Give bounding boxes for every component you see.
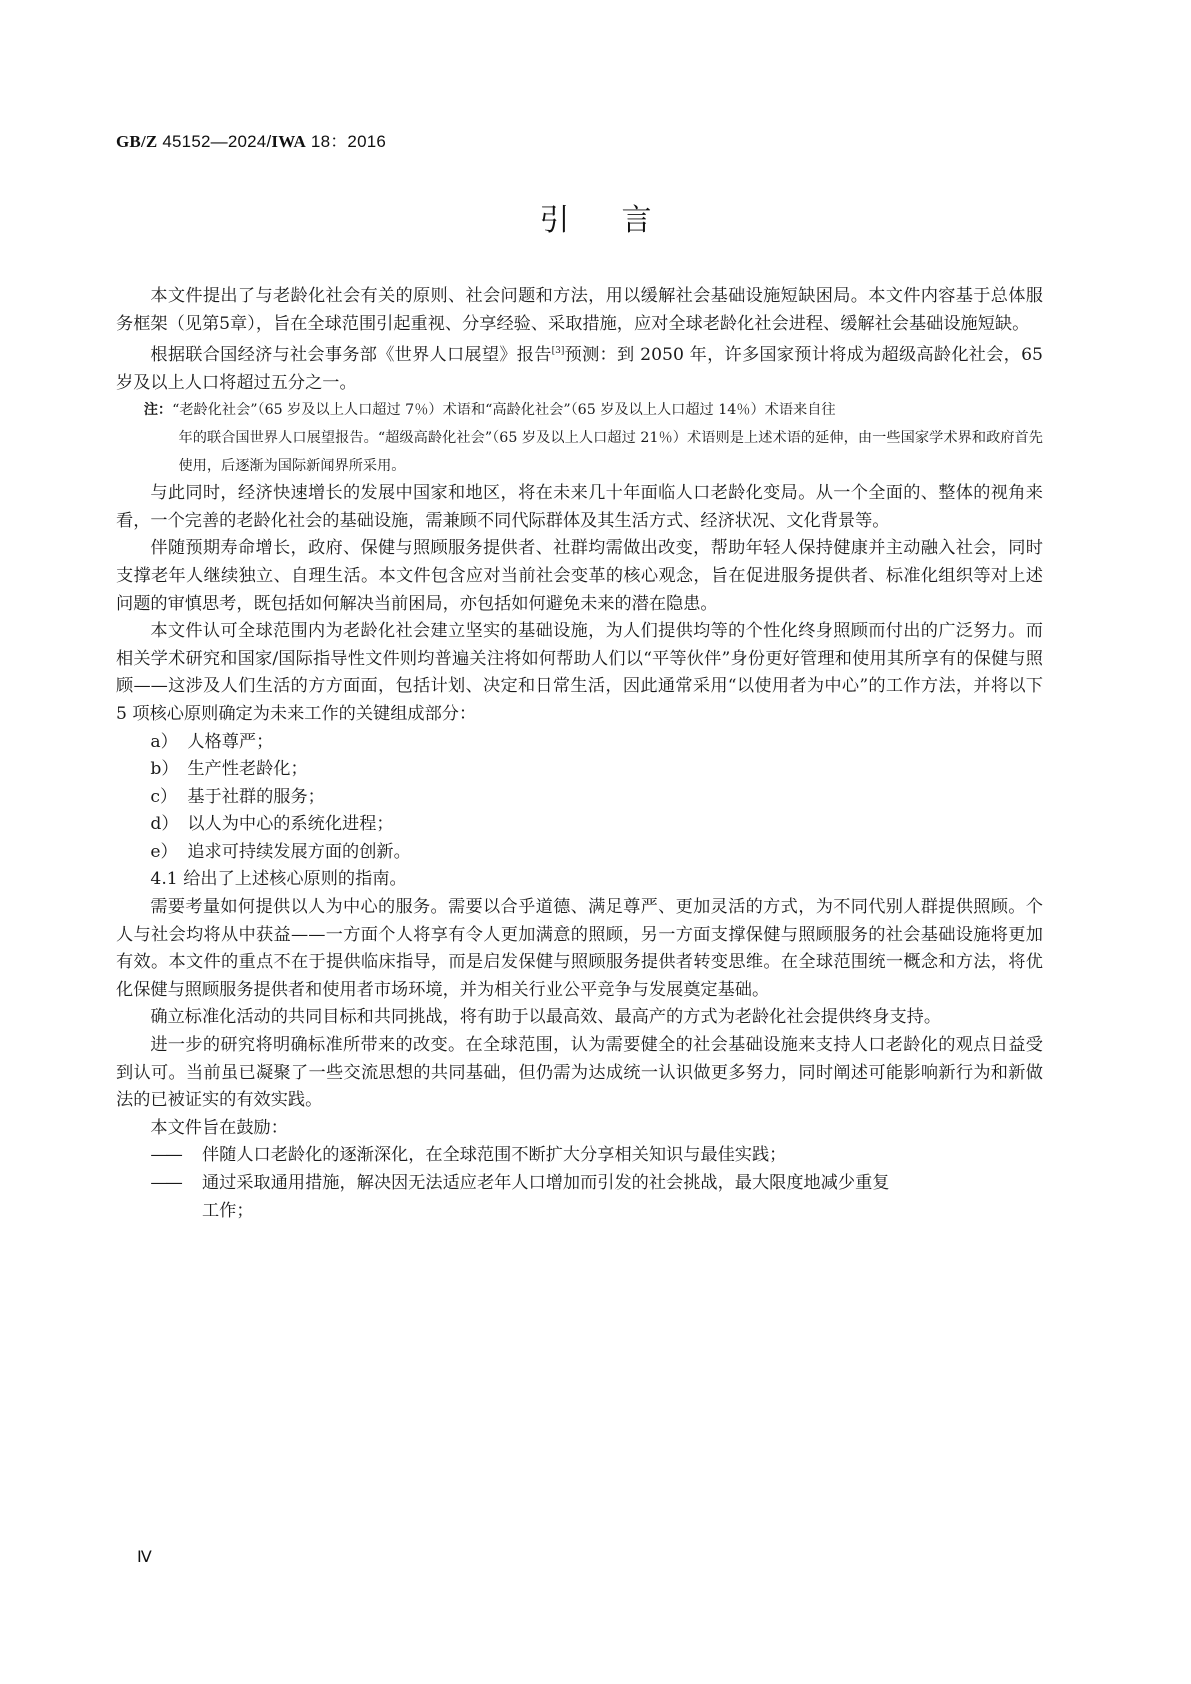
- dash-item: ——通过采取通用措施，解决因无法适应老年人口增加而引发的社会挑战，最大限度地减少…: [116, 1170, 1043, 1225]
- list-item: a）人格尊严；: [116, 729, 1043, 757]
- page-number: Ⅳ: [137, 1547, 152, 1567]
- iwa-number: 18：2016: [306, 132, 386, 151]
- dash-marker: ——: [150, 1170, 202, 1198]
- document-body: 本文件提出了与老龄化社会有关的原则、社会问题和方法，用以缓解社会基础设施短缺困局…: [116, 283, 1043, 1225]
- list-text: 基于社群的服务；: [187, 787, 325, 807]
- note-label: 注：: [144, 402, 172, 418]
- list-marker: b）: [150, 756, 187, 784]
- dash-text: 通过采取通用措施，解决因无法适应老年人口增加而引发的社会挑战，最大限度地减少重复: [202, 1173, 890, 1193]
- paragraph-5: 本文件认可全球范围内为老龄化社会建立坚实的基础设施，为人们提供均等的个性化终身照…: [116, 618, 1043, 728]
- principles-list: a）人格尊严； b）生产性老龄化； c）基于社群的服务； d）以人为中心的系统化…: [116, 729, 1043, 867]
- dash-text: 伴随人口老龄化的逐渐深化，在全球范围不断扩大分享相关知识与最佳实践；: [202, 1145, 786, 1165]
- list-text: 追求可持续发展方面的创新。: [187, 842, 410, 862]
- list-item: e）追求可持续发展方面的创新。: [116, 839, 1043, 867]
- list-item: b）生产性老龄化；: [116, 756, 1043, 784]
- reference-3: [3]: [552, 346, 565, 356]
- standard-number-header: GB/Z 45152—2024/IWA 18：2016: [116, 127, 386, 152]
- paragraph-7: 需要考量如何提供以人为中心的服务。需要以合乎道德、满足尊严、更加灵活的方式，为不…: [116, 894, 1043, 1004]
- encourage-list: ——伴随人口老龄化的逐渐深化，在全球范围不断扩大分享相关知识与最佳实践； ——通…: [116, 1142, 1043, 1225]
- std-number: 45152—2024/: [157, 132, 271, 151]
- paragraph-1: 本文件提出了与老龄化社会有关的原则、社会问题和方法，用以缓解社会基础设施短缺困局…: [116, 283, 1043, 338]
- note: 注：“老龄化社会”（65 岁及以上人口超过 7％）术语和“高龄化社会”（65 岁…: [116, 397, 1043, 480]
- paragraph-10: 本文件旨在鼓励：: [116, 1115, 1043, 1143]
- note-line-1: “老龄化社会”（65 岁及以上人口超过 7％）术语和“高龄化社会”（65 岁及以…: [172, 402, 836, 418]
- note-continuation: 年的联合国世界人口展望报告。“超级高龄化社会”（65 岁及以上人口超过 21％）…: [144, 425, 1043, 480]
- list-marker: e）: [150, 839, 187, 867]
- iwa-prefix: IWA: [271, 132, 306, 151]
- list-text: 生产性老龄化；: [187, 759, 307, 779]
- list-item: d）以人为中心的系统化进程；: [116, 811, 1043, 839]
- paragraph-2: 根据联合国经济与社会事务部《世界人口展望》报告[3]预测：到 2050 年，许多…: [116, 338, 1043, 397]
- paragraph-3: 与此同时，经济快速增长的发展中国家和地区，将在未来几十年面临人口老龄化变局。从一…: [116, 480, 1043, 535]
- paragraph-8: 确立标准化活动的共同目标和共同挑战，将有助于以最高效、最高产的方式为老龄化社会提…: [116, 1004, 1043, 1032]
- list-marker: d）: [150, 811, 187, 839]
- paragraph-4: 伴随预期寿命增长，政府、保健与照顾服务提供者、社群均需做出改变，帮助年轻人保持健…: [116, 535, 1043, 618]
- paragraph-2-text: 根据联合国经济与社会事务部《世界人口展望》报告: [150, 345, 551, 365]
- list-item: c）基于社群的服务；: [116, 784, 1043, 812]
- std-prefix: GB/Z: [116, 132, 157, 151]
- dash-marker: ——: [150, 1142, 202, 1170]
- page-title: 引言: [0, 195, 1191, 239]
- list-marker: a）: [150, 729, 187, 757]
- dash-item: ——伴随人口老龄化的逐渐深化，在全球范围不断扩大分享相关知识与最佳实践；: [116, 1142, 1043, 1170]
- paragraph-9: 进一步的研究将明确标准所带来的改变。在全球范围，认为需要健全的社会基础设施来支持…: [116, 1032, 1043, 1115]
- dash-text-cont: 工作；: [150, 1198, 1043, 1226]
- paragraph-6: 4.1 给出了上述核心原则的指南。: [116, 866, 1043, 894]
- list-text: 以人为中心的系统化进程；: [187, 814, 393, 834]
- list-text: 人格尊严；: [187, 732, 273, 752]
- list-marker: c）: [150, 784, 187, 812]
